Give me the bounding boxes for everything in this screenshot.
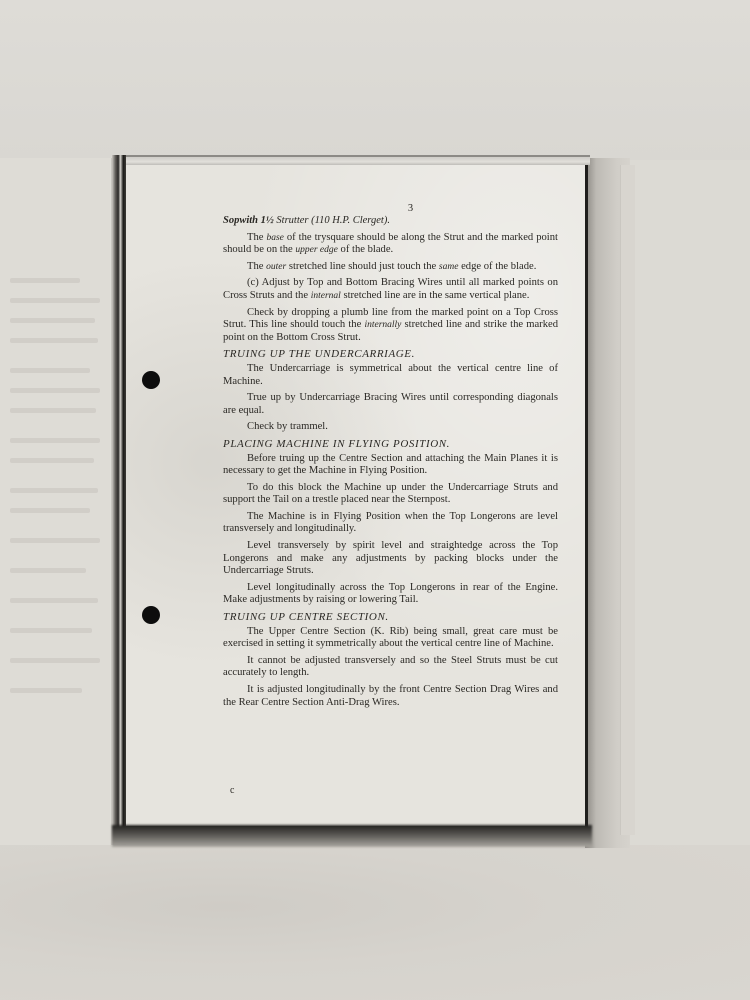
running-head-title: Sopwith 1½ xyxy=(223,215,274,226)
faded-text-line xyxy=(10,278,80,283)
page-number: 3 xyxy=(223,203,558,214)
emphasis: base xyxy=(266,233,283,243)
emphasis: outer xyxy=(266,262,286,272)
footer-signature-mark: c xyxy=(230,785,234,796)
punch-hole-upper xyxy=(142,371,160,389)
paragraph: It cannot be adjusted transversely and s… xyxy=(223,655,558,680)
paragraph: To do this block the Machine up under th… xyxy=(223,482,558,507)
page-stack-edge-outer xyxy=(620,165,635,835)
faded-text-line xyxy=(10,488,98,493)
paragraph: The Machine is in Flying Position when t… xyxy=(223,511,558,536)
document-page: 3 Sopwith 1½ Strutter (110 H.P. Clerget)… xyxy=(126,165,588,828)
faded-text-line xyxy=(10,368,90,373)
faded-text-line xyxy=(10,538,100,543)
section-heading: PLACING MACHINE IN FLYING POSITION. xyxy=(223,438,558,451)
paragraph: Check by trammel. xyxy=(223,421,558,434)
emphasis: same xyxy=(439,262,459,272)
faded-text-line xyxy=(10,688,82,693)
faded-text-line xyxy=(10,318,95,323)
page-body: 3 Sopwith 1½ Strutter (110 H.P. Clerget)… xyxy=(223,203,558,713)
background-surface-bottom xyxy=(0,845,750,1000)
running-head-subtitle: Strutter (110 H.P. Clerget). xyxy=(276,215,390,226)
paragraph: Level longitudinally across the Top Long… xyxy=(223,582,558,607)
section-heading: TRUING UP THE UNDERCARRIAGE. xyxy=(223,348,558,361)
punch-hole-lower xyxy=(142,606,160,624)
paragraph: Before truing up the Centre Section and … xyxy=(223,453,558,478)
emphasis: upper edge xyxy=(295,245,337,255)
left-facing-page xyxy=(0,158,112,845)
content-blocks: The base of the trysquare should be alon… xyxy=(223,232,558,710)
running-head: Sopwith 1½ Strutter (110 H.P. Clerget). xyxy=(223,215,558,228)
paragraph: (c) Adjust by Top and Bottom Bracing Wir… xyxy=(223,277,558,302)
faded-text-line xyxy=(10,338,98,343)
page-bottom-shadow xyxy=(112,825,592,847)
faded-text-line xyxy=(10,458,94,463)
paragraph: The base of the trysquare should be alon… xyxy=(223,232,558,257)
faded-text-line xyxy=(10,568,86,573)
faded-text-line xyxy=(10,388,100,393)
paragraph: It is adjusted longitudinally by the fro… xyxy=(223,684,558,709)
faded-text-line xyxy=(10,508,90,513)
background-surface-top xyxy=(0,0,750,160)
faded-text-line xyxy=(10,628,92,633)
faded-text-line xyxy=(10,298,100,303)
paragraph: The Undercarriage is symmetrical about t… xyxy=(223,363,558,388)
page-top-edge xyxy=(112,155,590,165)
binding-spine xyxy=(112,155,126,845)
emphasis: internal xyxy=(311,291,341,301)
faded-text-line xyxy=(10,408,96,413)
paragraph: The Upper Centre Section (K. Rib) being … xyxy=(223,626,558,651)
faded-text-line xyxy=(10,598,98,603)
section-heading: TRUING UP CENTRE SECTION. xyxy=(223,611,558,624)
paragraph: Check by dropping a plumb line from the … xyxy=(223,307,558,345)
paragraph: True up by Undercarriage Bracing Wires u… xyxy=(223,392,558,417)
faded-text-line xyxy=(10,438,100,443)
emphasis: internally xyxy=(364,320,401,330)
paragraph: Level transversely by spirit level and s… xyxy=(223,540,558,578)
faded-text-line xyxy=(10,658,100,663)
paragraph: The outer stretched line should just tou… xyxy=(223,261,558,274)
